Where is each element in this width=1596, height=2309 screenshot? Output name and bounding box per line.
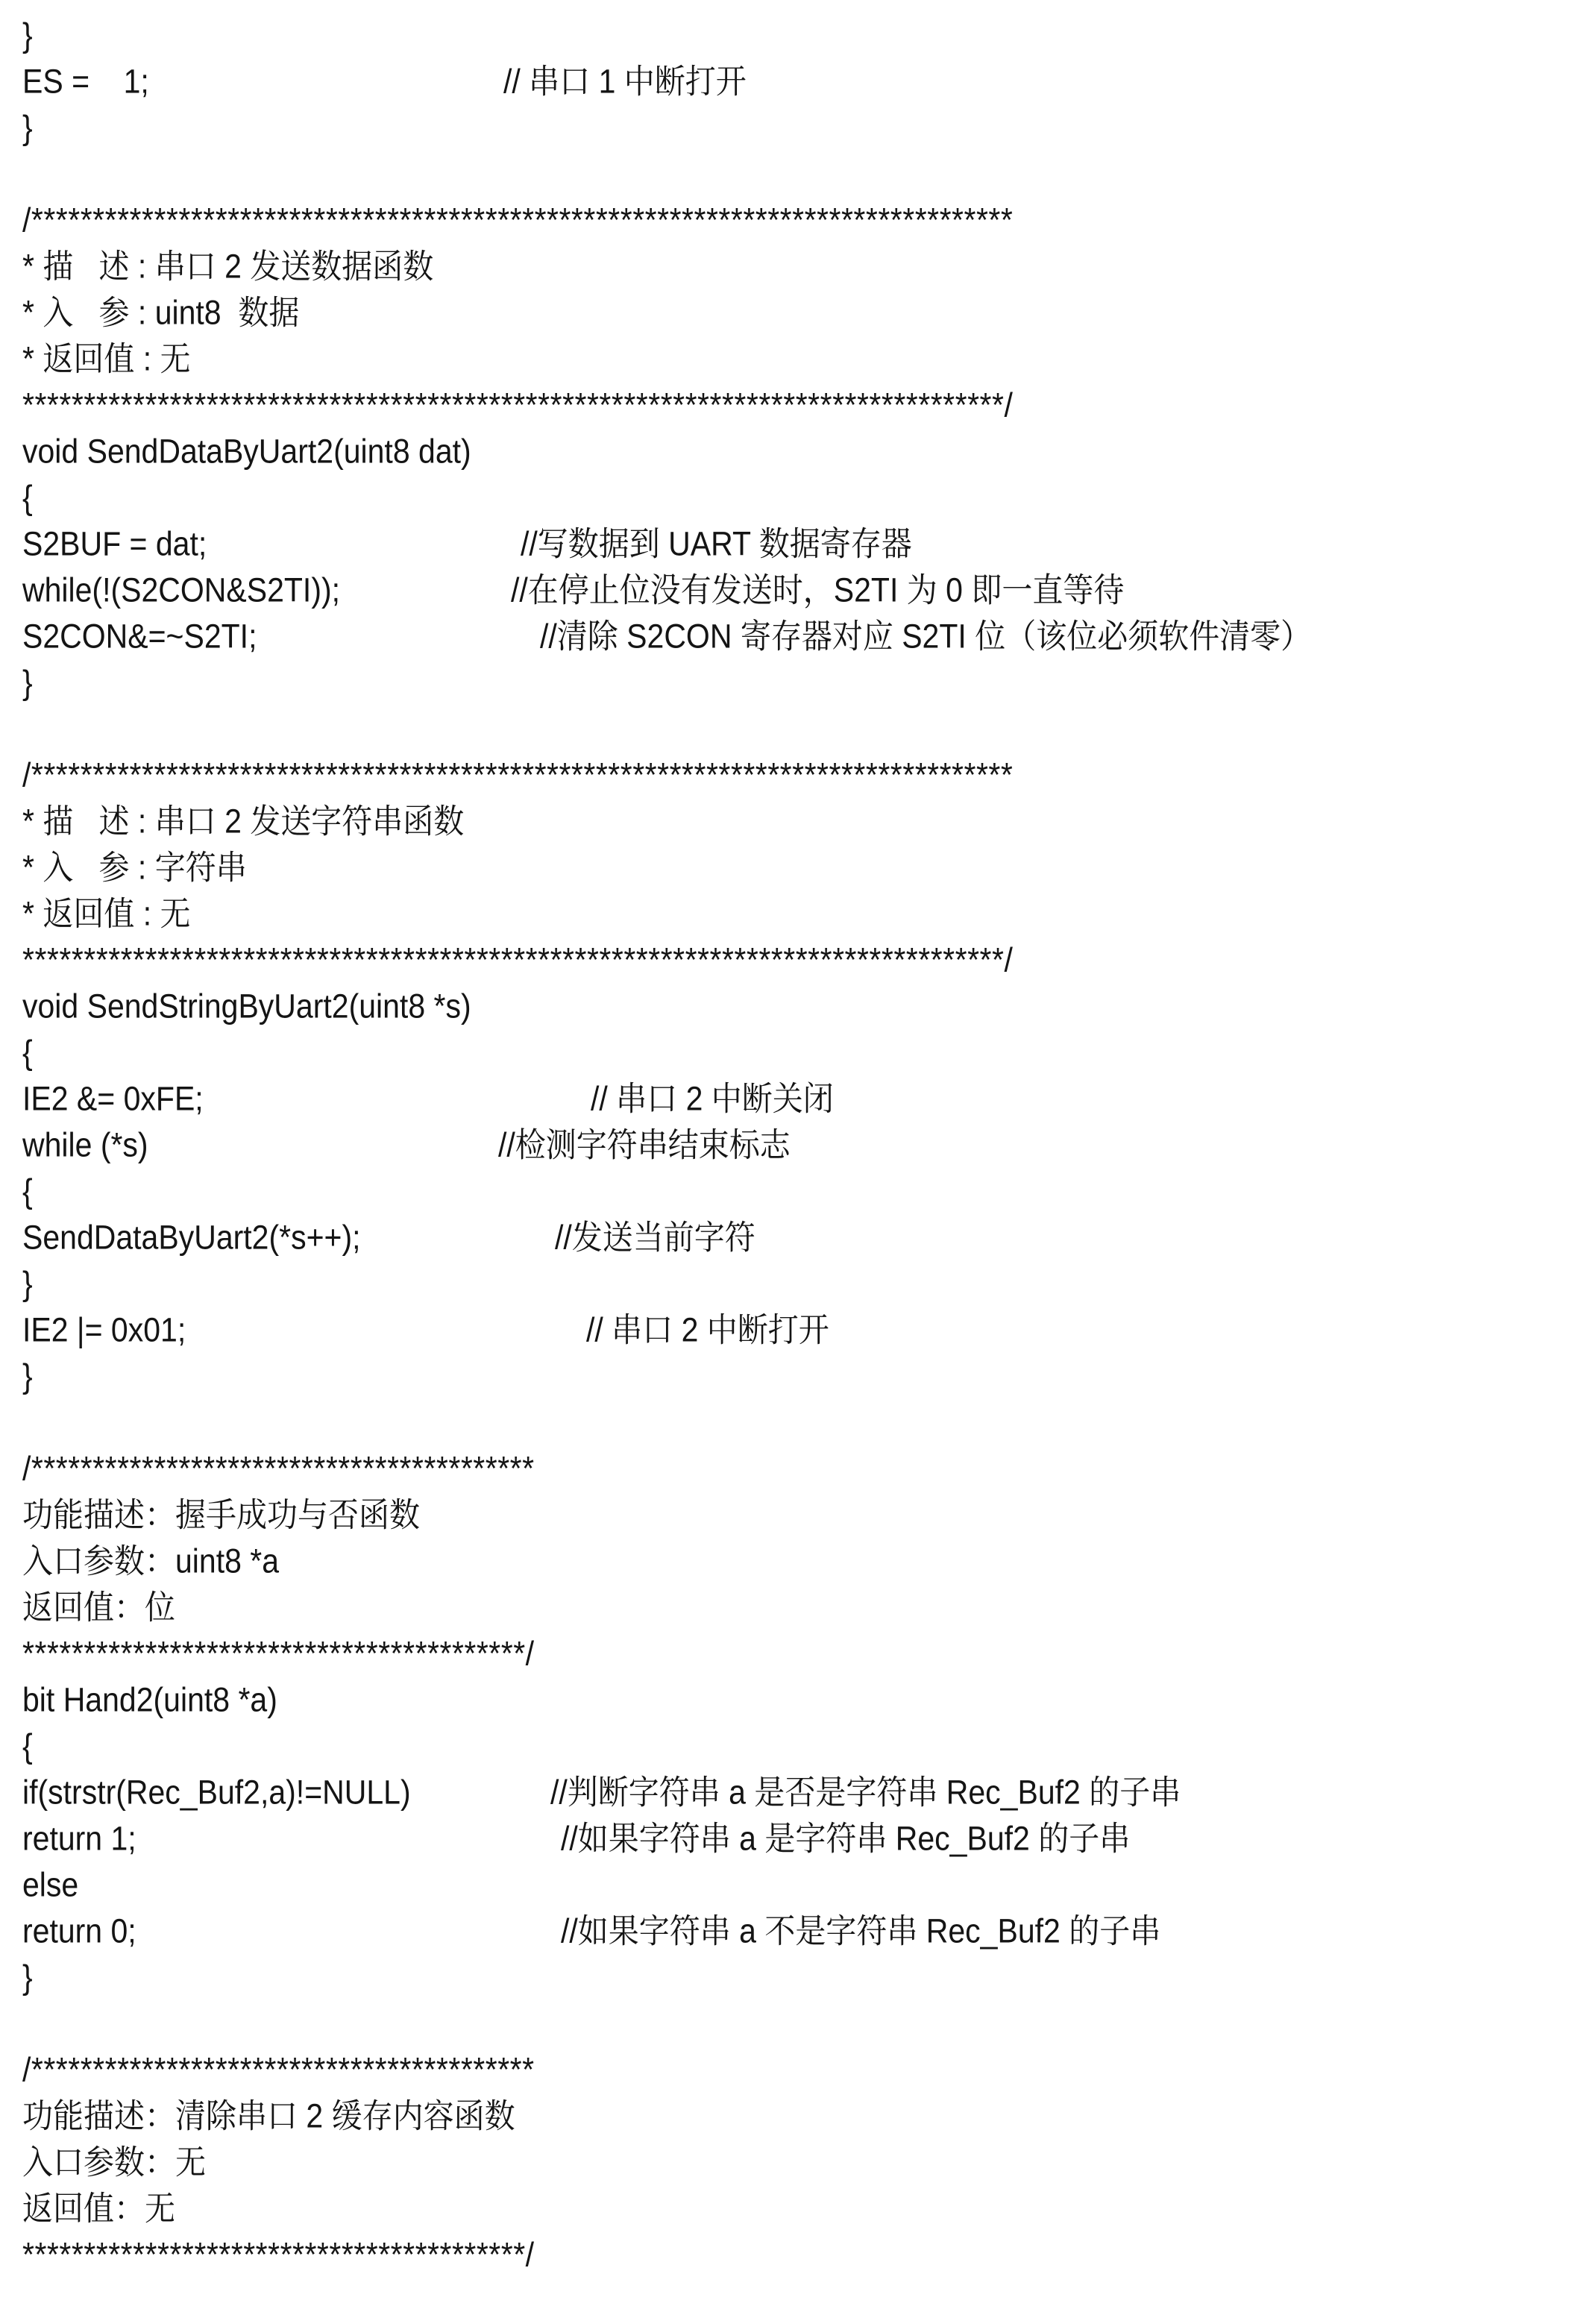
code-line: * 返回值 : 无: [22, 333, 1581, 384]
inline-comment: //在停止位没有发送时，S2TI 为 0 即一直等待: [511, 565, 1124, 615]
code-line: 入口参数：无: [22, 2137, 1581, 2187]
code-line: ****************************************…: [22, 1628, 1581, 1679]
code-line: }: [22, 102, 1581, 153]
code-line: 入口参数：uint8 *a: [22, 1536, 1581, 1586]
comment-block-border: /***************************************…: [22, 195, 1013, 245]
inline-comment: //如果字符串 a 不是字符串 Rec_Buf2 的子串: [561, 1906, 1160, 1956]
code-text: 入口参数：无: [22, 2137, 206, 2187]
code-line: 返回值：无: [22, 2183, 1581, 2234]
code-text: bit Hand2(uint8 *a): [22, 1674, 277, 1725]
code-line: S2CON&=~S2TI;//清除 S2CON 寄存器对应 S2TI 位（该位必…: [22, 611, 1581, 662]
inline-comment: // 串口 2 中断关闭: [591, 1073, 834, 1124]
code-text: 返回值：无: [22, 2183, 175, 2234]
code-line: 功能描述：清除串口 2 缓存内容函数: [22, 2090, 1581, 2141]
code-text: void SendStringByUart2(uint8 *s): [22, 981, 471, 1031]
code-line: /***************************************…: [22, 2044, 1581, 2095]
code-text: }: [22, 1258, 33, 1309]
code-text: 返回值：位: [22, 1582, 175, 1633]
code-text: }: [22, 1351, 33, 1401]
code-text: return 1;: [22, 1813, 561, 1864]
code-line: if(strstr(Rec_Buf2,a)!=NULL)//判断字符串 a 是否…: [22, 1767, 1581, 1818]
code-text: }: [22, 102, 33, 153]
code-line: * 入 参 : 字符串: [22, 842, 1581, 893]
code-text: }: [22, 657, 33, 708]
code-text: * 入 参 : uint8 数据: [22, 287, 299, 338]
code-line: S2BUF = dat;//写数据到 UART 数据寄存器: [22, 518, 1581, 569]
code-line: while (*s)//检测字符串结束标志: [22, 1119, 1581, 1170]
code-line: void SendDataByUart2(uint8 dat): [22, 426, 1581, 477]
comment-block-border: ****************************************…: [22, 934, 1013, 985]
code-line: [22, 1998, 1581, 2049]
code-line: }: [22, 1258, 1581, 1309]
code-line: 返回值：位: [22, 1582, 1581, 1633]
code-text: }: [22, 10, 33, 60]
code-line: }: [22, 657, 1581, 708]
code-line: [22, 703, 1581, 754]
code-text: S2CON&=~S2TI;: [22, 611, 540, 662]
inline-comment: //发送当前字符: [555, 1212, 755, 1263]
code-line: /***************************************…: [22, 750, 1581, 800]
code-line: /***************************************…: [22, 195, 1581, 245]
code-text: 功能描述：握手成功与否函数: [22, 1489, 420, 1540]
code-text: while(!(S2CON&S2TI));: [22, 565, 511, 615]
inline-comment: //如果字符串 a 是字符串 Rec_Buf2 的子串: [561, 1813, 1130, 1864]
code-line: ****************************************…: [22, 2229, 1581, 2280]
code-text: }: [22, 1952, 33, 2002]
code-line: IE2 |= 0x01;// 串口 2 中断打开: [22, 1304, 1581, 1355]
code-text: SendDataByUart2(*s++);: [22, 1212, 555, 1263]
code-line: return 1;//如果字符串 a 是字符串 Rec_Buf2 的子串: [22, 1813, 1581, 1864]
code-document: }ES = 1;// 串口 1 中断打开}/******************…: [22, 12, 1581, 2278]
code-text: ES = 1;: [22, 56, 503, 107]
code-line: }: [22, 10, 1581, 60]
code-line: {: [22, 1721, 1581, 1771]
comment-block-border: ****************************************…: [22, 1628, 535, 1679]
code-text: if(strstr(Rec_Buf2,a)!=NULL): [22, 1767, 550, 1818]
code-line: [22, 1397, 1581, 1448]
code-text: {: [22, 1027, 33, 1078]
code-line: ES = 1;// 串口 1 中断打开: [22, 56, 1581, 107]
code-line: SendDataByUart2(*s++);//发送当前字符: [22, 1212, 1581, 1263]
code-line: * 入 参 : uint8 数据: [22, 287, 1581, 338]
code-text: * 描 述 : 串口 2 发送数据函数: [22, 241, 433, 292]
code-text: * 返回值 : 无: [22, 888, 191, 939]
code-text: return 0;: [22, 1906, 561, 1956]
code-line: [22, 148, 1581, 199]
code-line: {: [22, 472, 1581, 523]
code-line: IE2 &= 0xFE;// 串口 2 中断关闭: [22, 1073, 1581, 1124]
code-text: 入口参数：uint8 *a: [22, 1536, 279, 1586]
code-text: * 返回值 : 无: [22, 333, 191, 384]
comment-block-border: ****************************************…: [22, 2229, 535, 2280]
code-line: void SendStringByUart2(uint8 *s): [22, 981, 1581, 1031]
comment-block-border: /***************************************…: [22, 1443, 535, 1494]
code-line: {: [22, 1027, 1581, 1078]
code-line: 功能描述：握手成功与否函数: [22, 1489, 1581, 1540]
code-line: bit Hand2(uint8 *a): [22, 1674, 1581, 1725]
code-line: }: [22, 1952, 1581, 2002]
inline-comment: //清除 S2CON 寄存器对应 S2TI 位（该位必须软件清零）: [540, 611, 1311, 662]
code-line: ****************************************…: [22, 934, 1581, 985]
code-line: /***************************************…: [22, 1443, 1581, 1494]
inline-comment: // 串口 2 中断打开: [586, 1304, 829, 1355]
comment-block-border: ****************************************…: [22, 380, 1013, 430]
code-text: while (*s): [22, 1119, 498, 1170]
code-line: while(!(S2CON&S2TI));//在停止位没有发送时，S2TI 为 …: [22, 565, 1581, 615]
code-text: {: [22, 1166, 33, 1216]
code-text: * 入 参 : 字符串: [22, 842, 247, 893]
code-line: * 返回值 : 无: [22, 888, 1581, 939]
code-text: IE2 &= 0xFE;: [22, 1073, 591, 1124]
code-text: {: [22, 1721, 33, 1771]
code-text: else: [22, 1859, 78, 1910]
code-line: ****************************************…: [22, 380, 1581, 430]
page: }ES = 1;// 串口 1 中断打开}/******************…: [0, 0, 1596, 2309]
code-text: {: [22, 472, 33, 523]
inline-comment: // 串口 1 中断打开: [503, 56, 747, 107]
code-text: * 描 述 : 串口 2 发送字符串函数: [22, 796, 464, 846]
inline-comment: //检测字符串结束标志: [498, 1119, 791, 1170]
code-line: return 0;//如果字符串 a 不是字符串 Rec_Buf2 的子串: [22, 1906, 1581, 1956]
code-line: * 描 述 : 串口 2 发送字符串函数: [22, 796, 1581, 846]
code-text: 功能描述：清除串口 2 缓存内容函数: [22, 2090, 515, 2141]
comment-block-border: /***************************************…: [22, 750, 1013, 800]
inline-comment: //判断字符串 a 是否是字符串 Rec_Buf2 的子串: [550, 1767, 1181, 1818]
code-text: S2BUF = dat;: [22, 518, 521, 569]
code-line: }: [22, 1351, 1581, 1401]
inline-comment: //写数据到 UART 数据寄存器: [521, 518, 912, 569]
code-text: IE2 |= 0x01;: [22, 1304, 586, 1355]
code-line: * 描 述 : 串口 2 发送数据函数: [22, 241, 1581, 292]
code-line: else: [22, 1859, 1581, 1910]
code-line: {: [22, 1166, 1581, 1216]
comment-block-border: /***************************************…: [22, 2044, 535, 2095]
code-text: void SendDataByUart2(uint8 dat): [22, 426, 471, 477]
